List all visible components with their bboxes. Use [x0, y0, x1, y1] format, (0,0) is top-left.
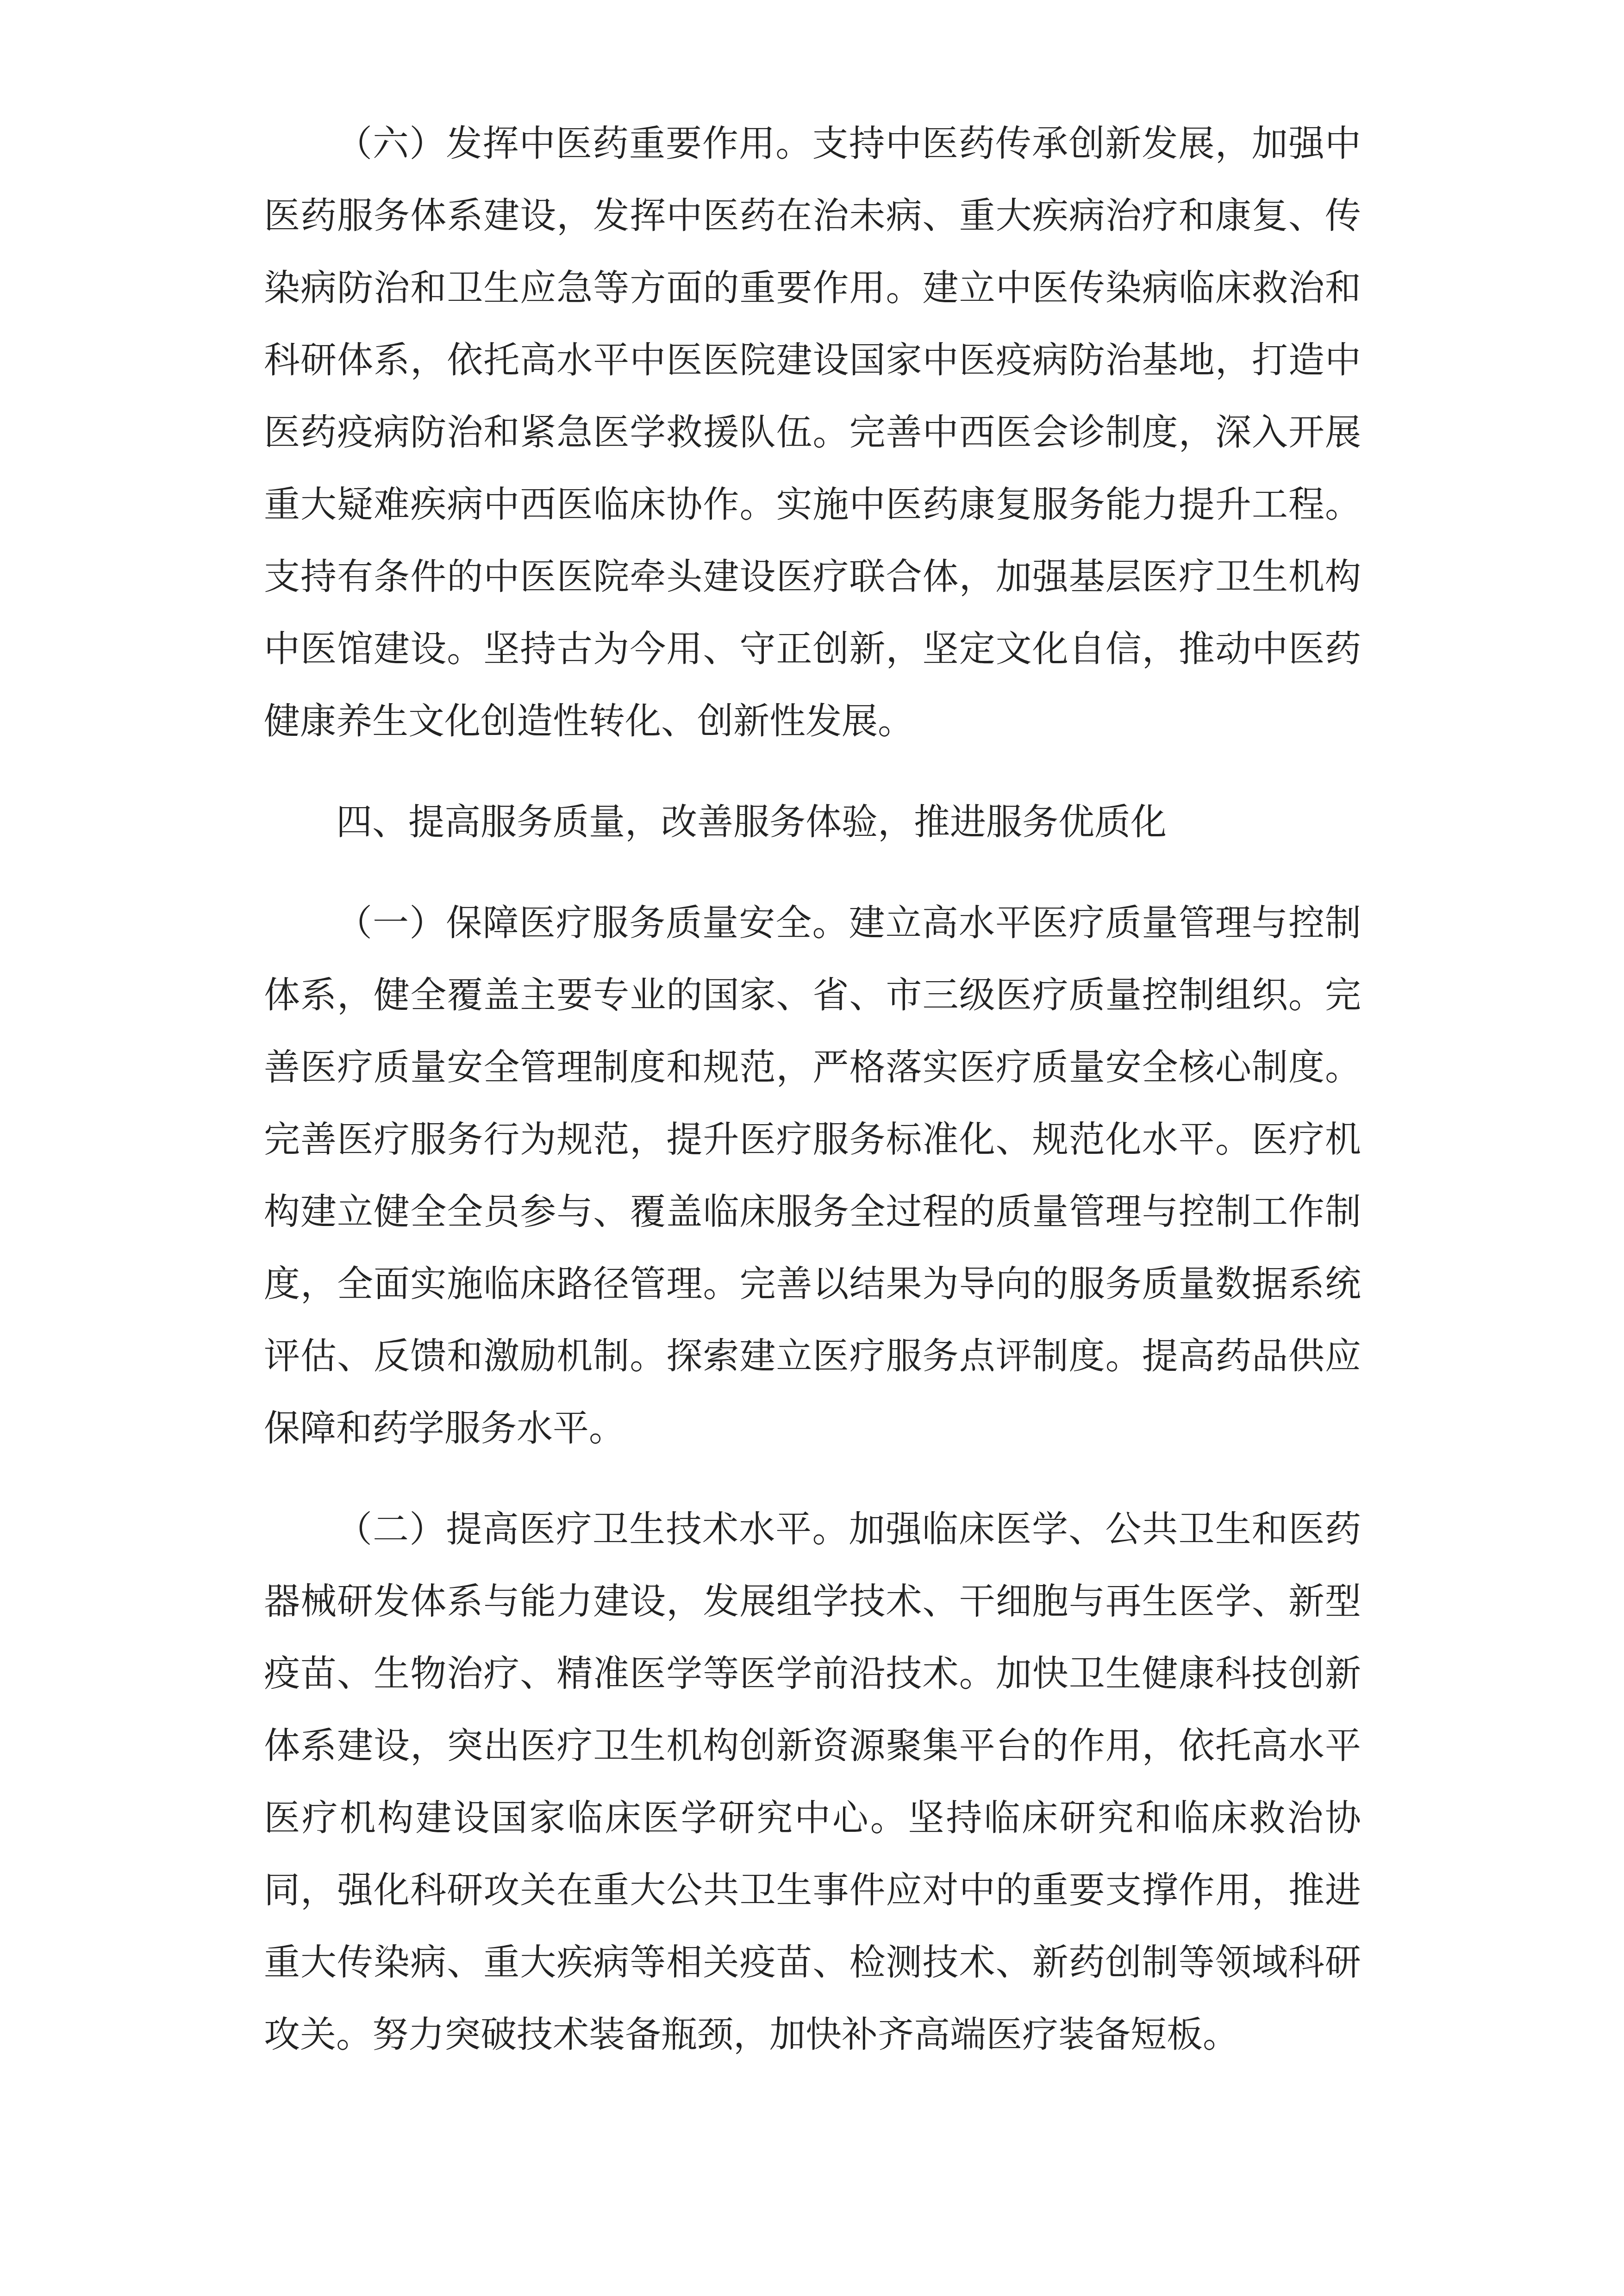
chapter-4-heading: 四、提高服务质量，改善服务体验，推进服务优质化 — [264, 786, 1361, 859]
paragraph-section-6-tcm: （六）发挥中医药重要作用。支持中医药传承创新发展，加强中医药服务体系建设，发挥中… — [264, 108, 1361, 758]
document-content: （六）发挥中医药重要作用。支持中医药传承创新发展，加强中医药服务体系建设，发挥中… — [264, 108, 1361, 2100]
paragraph-section-2-health-technology: （二）提高医疗卫生技术水平。加强临床医学、公共卫生和医药器械研发体系与能力建设，… — [264, 1493, 1361, 2071]
paragraph-section-1-quality-safety: （一）保障医疗服务质量安全。建立高水平医疗质量管理与控制体系，健全覆盖主要专业的… — [264, 887, 1361, 1465]
document-page: （六）发挥中医药重要作用。支持中医药传承创新发展，加强中医药服务体系建设，发挥中… — [0, 0, 1624, 2296]
